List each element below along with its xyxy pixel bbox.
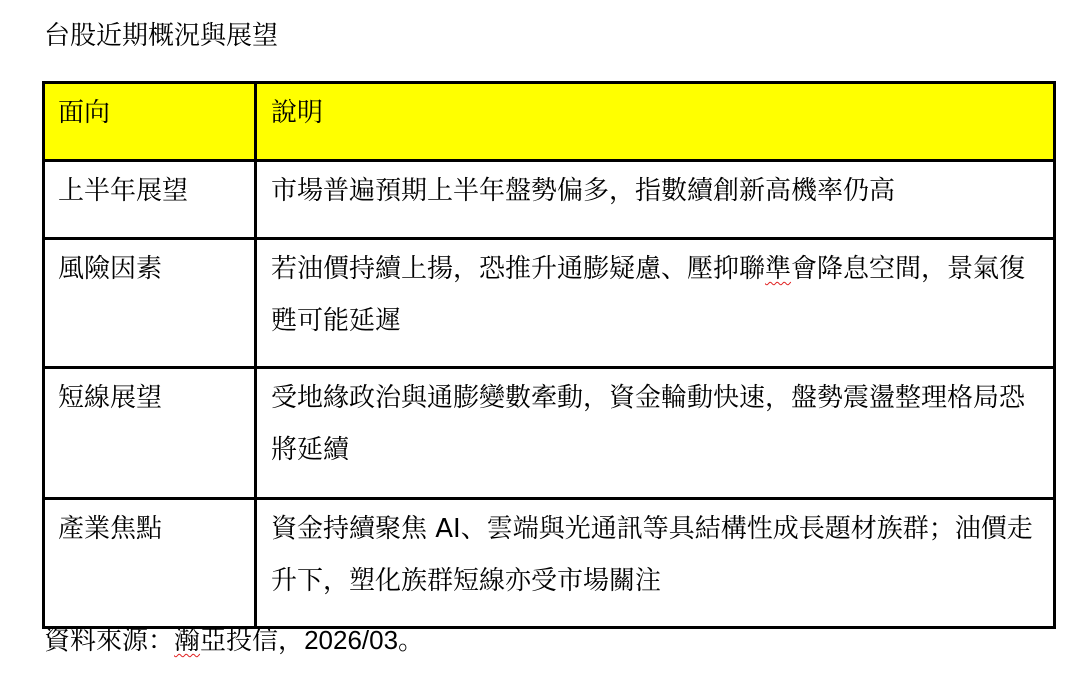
source-label: 資料來源： (44, 626, 174, 656)
table-row: 風險因素 若油價持續上揚，恐推升通膨疑慮、壓抑聯準會降息空間，景氣復甦可能延遲 (44, 239, 1055, 368)
description-text: 若油價持續上揚，恐推升通膨疑慮、壓抑聯 (271, 254, 765, 284)
table-row: 短線展望 受地緣政治與通膨變數牽動，資金輪動快速，盤勢震盪整理格局恐將延續 (44, 368, 1055, 499)
document-title: 台股近期概況與展望 (44, 18, 278, 54)
row-aspect: 產業焦點 (44, 499, 256, 628)
source-date: 2026/03 (304, 625, 398, 655)
row-description: 若油價持續上揚，恐推升通膨疑慮、壓抑聯準會降息空間，景氣復甦可能延遲 (256, 239, 1055, 368)
source-note: 資料來源：瀚亞投信，2026/03。 (44, 622, 424, 659)
row-description: 資金持續聚焦 AI、雲端與光通訊等具結構性成長題材族群；油價走升下，塑化族群短線… (256, 499, 1055, 628)
row-description: 市場普遍預期上半年盤勢偏多，指數續創新高機率仍高 (256, 161, 1055, 239)
source-publisher: 亞投信 (200, 626, 278, 656)
spellcheck-flagged-word[interactable]: 瀚 (174, 626, 200, 656)
row-aspect: 上半年展望 (44, 161, 256, 239)
spellcheck-flagged-word[interactable]: 準 (765, 254, 791, 284)
document-page: 台股近期概況與展望 面向 說明 上半年展望 市場普遍預期上半年盤勢偏多，指數續創… (0, 0, 1073, 681)
header-aspect: 面向 (44, 83, 256, 161)
header-description: 說明 (256, 83, 1055, 161)
table-header-row: 面向 說明 (44, 83, 1055, 161)
row-aspect: 短線展望 (44, 368, 256, 499)
table-row: 產業焦點 資金持續聚焦 AI、雲端與光通訊等具結構性成長題材族群；油價走升下，塑… (44, 499, 1055, 628)
outlook-table: 面向 說明 上半年展望 市場普遍預期上半年盤勢偏多，指數續創新高機率仍高 風險因… (42, 81, 1056, 629)
source-separator: ， (278, 626, 304, 656)
source-end: 。 (398, 626, 424, 656)
row-description: 受地緣政治與通膨變數牽動，資金輪動快速，盤勢震盪整理格局恐將延續 (256, 368, 1055, 499)
table-row: 上半年展望 市場普遍預期上半年盤勢偏多，指數續創新高機率仍高 (44, 161, 1055, 239)
row-aspect: 風險因素 (44, 239, 256, 368)
